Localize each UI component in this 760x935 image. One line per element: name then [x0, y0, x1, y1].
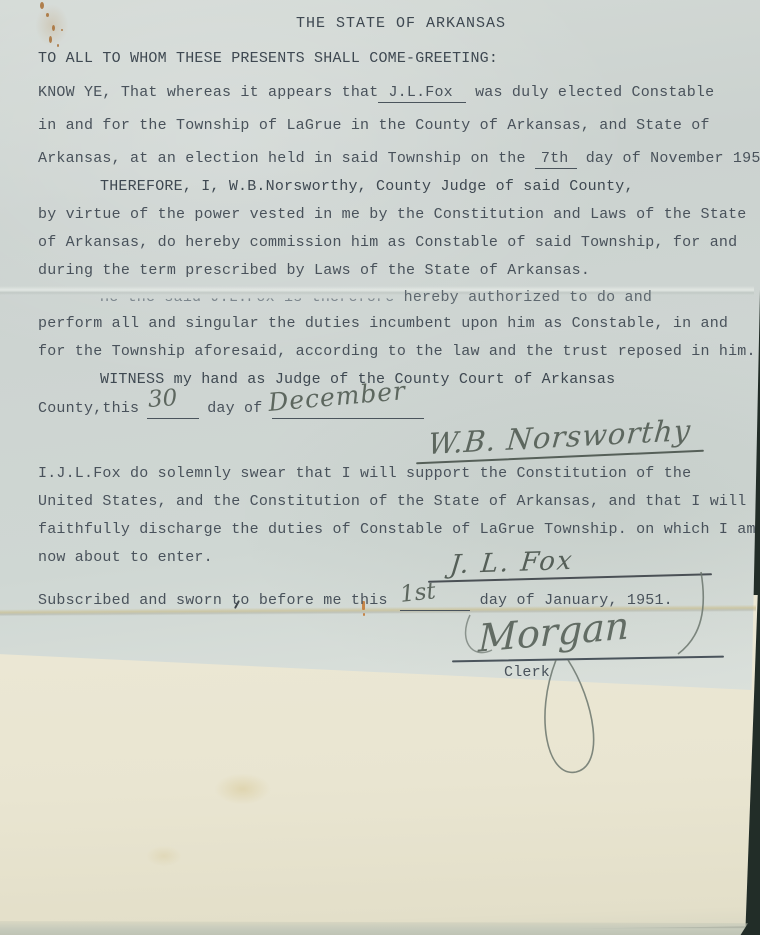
handwritten-day-1st: 1st: [399, 578, 437, 608]
rust-stain-dot: [52, 25, 55, 31]
subscribed-pre: Subscribed and sworn to before me this: [38, 592, 388, 609]
backing-paper-bottom-edge: [0, 921, 748, 935]
authorized-clipped-segment: He the said J.L.Fox is therefore: [100, 288, 394, 308]
witness-mid: day of: [207, 400, 262, 417]
township-line: in and for the Township of LaGrue in the…: [38, 116, 710, 136]
scanned-document-page: THE STATE OF ARKANSAS TO ALL TO WHOM THE…: [0, 0, 760, 935]
document-title: THE STATE OF ARKANSAS: [296, 14, 506, 34]
election-line: Arkansas, at an election held in said To…: [38, 149, 760, 169]
authorized-line-3: for the Township aforesaid, according to…: [38, 342, 756, 362]
therefore-line-1: THEREFORE, I, W.B.Norsworthy, County Jud…: [100, 177, 634, 197]
witness-pre: County,this: [38, 400, 139, 417]
handwritten-day-30: 30: [147, 385, 178, 413]
oath-line-2: United States, and the Constitution of t…: [38, 492, 747, 512]
therefore-line-3: of Arkansas, do hereby commission him as…: [38, 233, 737, 253]
rust-stain-dot: [40, 2, 44, 9]
election-pre: Arkansas, at an election held in said To…: [38, 150, 535, 167]
greeting-line: TO ALL TO WHOM THESE PRESENTS SHALL COME…: [38, 49, 498, 69]
rust-stain-dot: [49, 36, 52, 43]
elected-name-blank: J.L.Fox: [378, 84, 465, 103]
authorized-line-2: perform all and singular the duties incu…: [38, 314, 728, 334]
know-ye-post: was duly elected Constable: [466, 84, 714, 101]
therefore-line-2: by virtue of the power vested in me by t…: [38, 205, 747, 225]
oath-line-4: now about to enter.: [38, 548, 213, 568]
paper-stain: [140, 842, 188, 870]
rust-stain-dot: [46, 13, 49, 17]
authorized-line-clipped: He the said J.L.Fox is therefore hereby …: [100, 288, 652, 308]
rust-stain-dot: [61, 29, 63, 31]
oath-line-1: I.J.L.Fox do solemnly swear that I will …: [38, 464, 691, 484]
paper-stain: [205, 768, 280, 810]
therefore-line-4: during the term prescribed by Laws of th…: [38, 261, 590, 281]
oath-line-3: faithfully discharge the duties of Const…: [38, 520, 756, 540]
know-ye-pre: KNOW YE, That whereas it appears that: [38, 84, 378, 101]
clerk-label: Clerk: [504, 663, 550, 683]
subscribed-post: day of January, 1951.: [480, 592, 673, 609]
election-post: day of November 1950.: [577, 150, 760, 167]
know-ye-line: KNOW YE, That whereas it appears thatJ.L…: [38, 83, 714, 103]
orange-ink-dot: [363, 613, 365, 616]
authorized-rest-segment: hereby authorized to do and: [394, 289, 652, 306]
oath-signature: J. L. Fox: [448, 546, 575, 580]
rust-stain-dot: [57, 44, 59, 47]
election-day-blank: 7th: [535, 150, 577, 169]
